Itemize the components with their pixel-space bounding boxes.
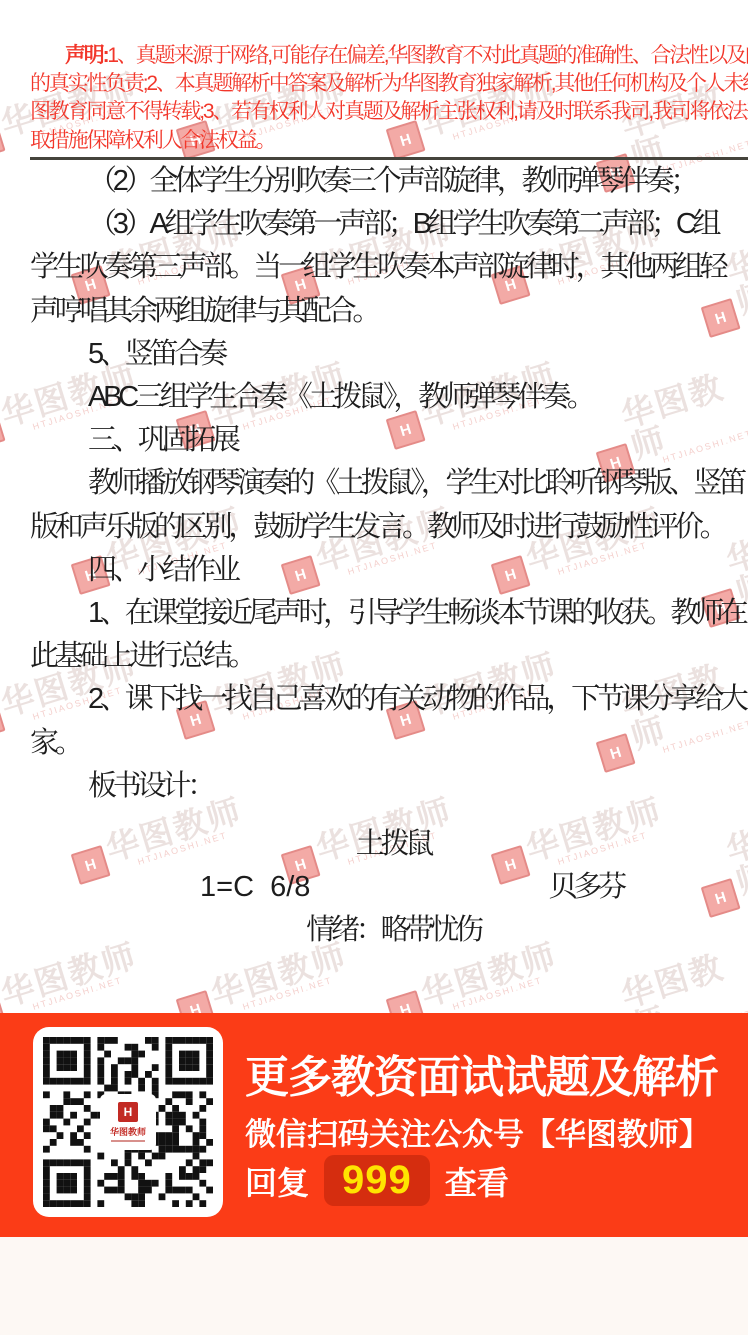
body-line: 家。 (0, 722, 748, 765)
body-line: 板书设计： (0, 765, 748, 808)
body-line: 1、在课堂接近尾声时，引导学生畅谈本节课的收获。教师在 (0, 592, 748, 635)
footer-strip (0, 1237, 748, 1335)
disclaimer: 声明:1、真题来源于网络,可能存在偏差,华图教育不对此真题的准确性、合法性以及内… (30, 42, 748, 160)
body-line: （3）A组学生吹奏第一声部；B组学生吹奏第二声部；C组 (0, 203, 748, 246)
board-key-signature: 1=C 6/8 (200, 866, 310, 909)
qr-logo-divider (111, 1140, 145, 1142)
qr-center-logo: H 华图教师 (100, 1094, 156, 1150)
disclaimer-line: 取措施保障权利人合法权益。 (30, 127, 748, 155)
banner-texts: 更多教资面试试题及解析 微信扫码关注公众号【华图教师】 回复 999 查看 (245, 1013, 738, 1237)
disclaimer-line: 声明:1、真题来源于网络,可能存在偏差,华图教育不对此真题的准确性、合法性以及内… (30, 42, 748, 70)
huatu-logo-icon: H (118, 1102, 138, 1122)
view-label: 查看 (445, 1158, 509, 1204)
board-composer: 贝多芬 (549, 866, 623, 909)
disclaimer-label: 声明: (65, 44, 107, 67)
body-line: 2、课下找一找自己喜欢的有关动物的作品，下节课分享给大 (0, 678, 748, 721)
body-line: 此基础上进行总结。 (0, 635, 748, 678)
banner-reply-row: 回复 999 查看 (245, 1155, 509, 1206)
banner-subtitle: 微信扫码关注公众号【华图教师】 (245, 1109, 710, 1154)
qr-code: H 华图教师 (33, 1027, 223, 1217)
reply-label: 回复 (245, 1158, 309, 1204)
body-line: 三、巩固拓展 (0, 419, 748, 462)
banner-title: 更多教资面试试题及解析 (245, 1041, 718, 1105)
promo-banner: H 华图教师 更多教资面试试题及解析 微信扫码关注公众号【华图教师】 回复 99… (0, 1013, 748, 1237)
body-line: ABC三组学生合奏《土拨鼠》，教师弹琴伴奏。 (0, 376, 748, 419)
body-line: （2）全体学生分别吹奏三个声部旋律，教师弹琴伴奏； (0, 160, 748, 203)
lesson-plan-content: （2）全体学生分别吹奏三个声部旋律，教师弹琴伴奏；（3）A组学生吹奏第一声部；B… (0, 160, 748, 953)
blackboard-design: 土拨鼠 1=C 6/8 贝多芬 情绪：略带忧伤 (0, 823, 748, 953)
document-page: H华图教师HTJIAOSHI.NETH华图教师HTJIAOSHI.NETH华图教… (0, 0, 748, 1335)
reply-code-badge: 999 (324, 1155, 430, 1206)
disclaimer-line: 图教育同意不得转载;3、若有权利人对真题及解析主张权利,请及时联系我司,我司将依… (30, 98, 748, 126)
body-line: 四、小结作业 (0, 549, 748, 592)
body-line: 学生吹奏第三声部。当一组学生吹奏本声部旋律时，其他两组轻 (0, 246, 748, 289)
disclaimer-line: 的真实性负责;2、本真题解析中答案及解析为华图教育独家解析,其他任何机构及个人未… (30, 70, 748, 98)
board-mood: 情绪：略带忧伤 (0, 909, 748, 952)
body-line: 声哼唱其余两组旋律与其配合。 (0, 290, 748, 333)
board-meta: 1=C 6/8 贝多芬 (0, 866, 748, 909)
board-title: 土拨鼠 (0, 823, 748, 866)
huatu-logo-icon: H (0, 120, 6, 160)
body-text: （2）全体学生分别吹奏三个声部旋律，教师弹琴伴奏；（3）A组学生吹奏第一声部；B… (0, 160, 748, 808)
body-line: 版和声乐版的区别，鼓励学生发言。教师及时进行鼓励性评价。 (0, 506, 748, 549)
body-line: 5、竖笛合奏 (0, 333, 748, 376)
qr-logo-label: 华图教师 (110, 1125, 146, 1138)
body-line: 教师播放钢琴演奏的《土拨鼠》，学生对比聆听钢琴版、竖笛 (0, 462, 748, 505)
